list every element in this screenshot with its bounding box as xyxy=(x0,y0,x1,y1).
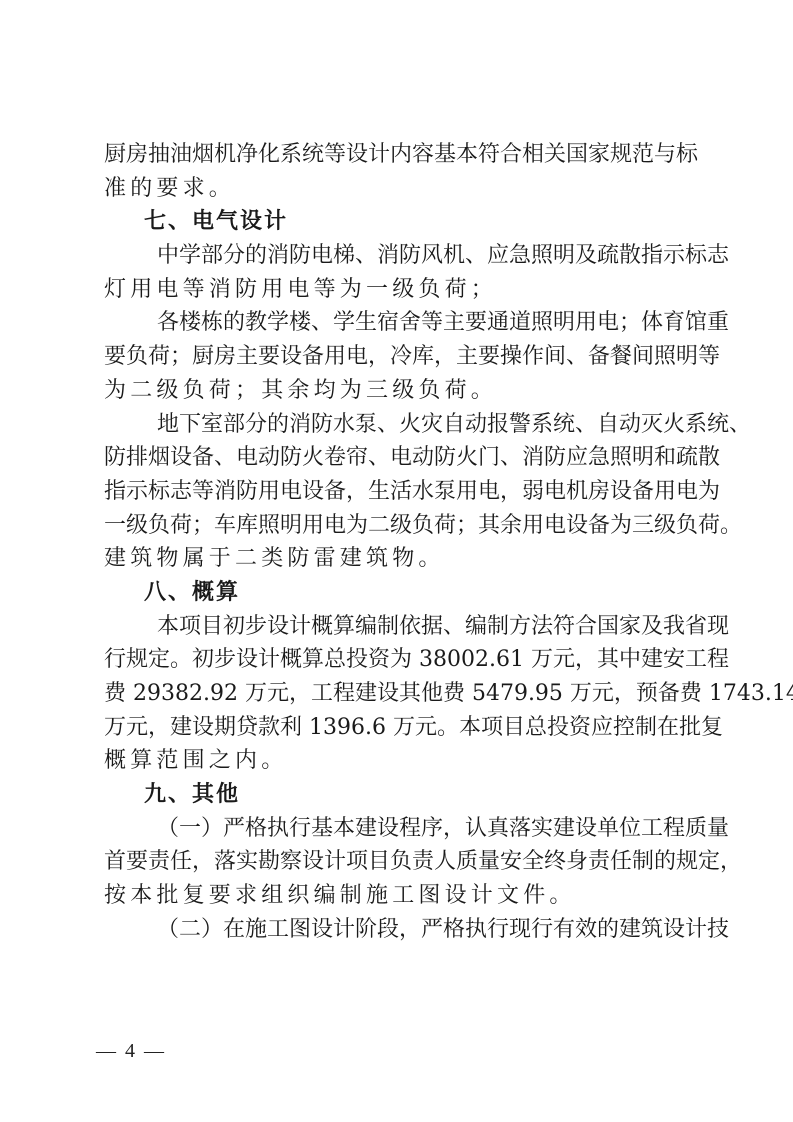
paragraph-line: 各楼栋的教学楼、学生宿舍等主要通道照明用电；体育馆重 xyxy=(104,306,694,340)
section-heading-electrical: 七、电气设计 xyxy=(104,205,694,239)
section-heading-other: 九、其他 xyxy=(104,778,694,812)
document-body: 厨房抽油烟机净化系统等设计内容基本符合相关国家规范与标 准的要求。 七、电气设计… xyxy=(104,138,694,947)
paragraph-line: 一级负荷；车库照明用电为二级负荷；其余用电设备为三级负荷。 xyxy=(104,509,694,543)
page-number: — 4 — xyxy=(96,1040,166,1063)
paragraph-line: 厨房抽油烟机净化系统等设计内容基本符合相关国家规范与标 xyxy=(104,138,694,172)
paragraph-line: 防排烟设备、电动防火卷帘、电动防火门、消防应急照明和疏散 xyxy=(104,441,694,475)
paragraph-line: 万元，建设期贷款利 1396.6 万元。本项目总投资应控制在批复 xyxy=(104,711,694,745)
paragraph-line: 建筑物属于二类防雷建筑物。 xyxy=(104,542,694,576)
paragraph-line: 灯用电等消防用电等为一级负荷； xyxy=(104,273,694,307)
paragraph-line: （二）在施工图设计阶段，严格执行现行有效的建筑设计技 xyxy=(104,913,694,947)
paragraph-line: 地下室部分的消防水泵、火灾自动报警系统、自动灭火系统、 xyxy=(104,408,694,442)
paragraph-line: （一）严格执行基本建设程序，认真落实建设单位工程质量 xyxy=(104,812,694,846)
paragraph-line: 指示标志等消防用电设备，生活水泵用电，弱电机房设备用电为 xyxy=(104,475,694,509)
section-heading-budget: 八、概算 xyxy=(104,576,694,610)
paragraph-line: 概算范围之内。 xyxy=(104,744,694,778)
paragraph-line: 费 29382.92 万元，工程建设其他费 5479.95 万元，预备费 174… xyxy=(104,677,694,711)
paragraph-line: 要负荷；厨房主要设备用电，冷库，主要操作间、备餐间照明等 xyxy=(104,340,694,374)
paragraph-line: 准的要求。 xyxy=(104,172,694,206)
paragraph-line: 首要责任，落实勘察设计项目负责人质量安全终身责任制的规定， xyxy=(104,845,694,879)
paragraph-line: 本项目初步设计概算编制依据、编制方法符合国家及我省现 xyxy=(104,610,694,644)
paragraph-line: 按本批复要求组织编制施工图设计文件。 xyxy=(104,879,694,913)
paragraph-line: 行规定。初步设计概算总投资为 38002.61 万元，其中建安工程 xyxy=(104,643,694,677)
paragraph-line: 为二级负荷；其余均为三级负荷。 xyxy=(104,374,694,408)
paragraph-line: 中学部分的消防电梯、消防风机、应急照明及疏散指示标志 xyxy=(104,239,694,273)
